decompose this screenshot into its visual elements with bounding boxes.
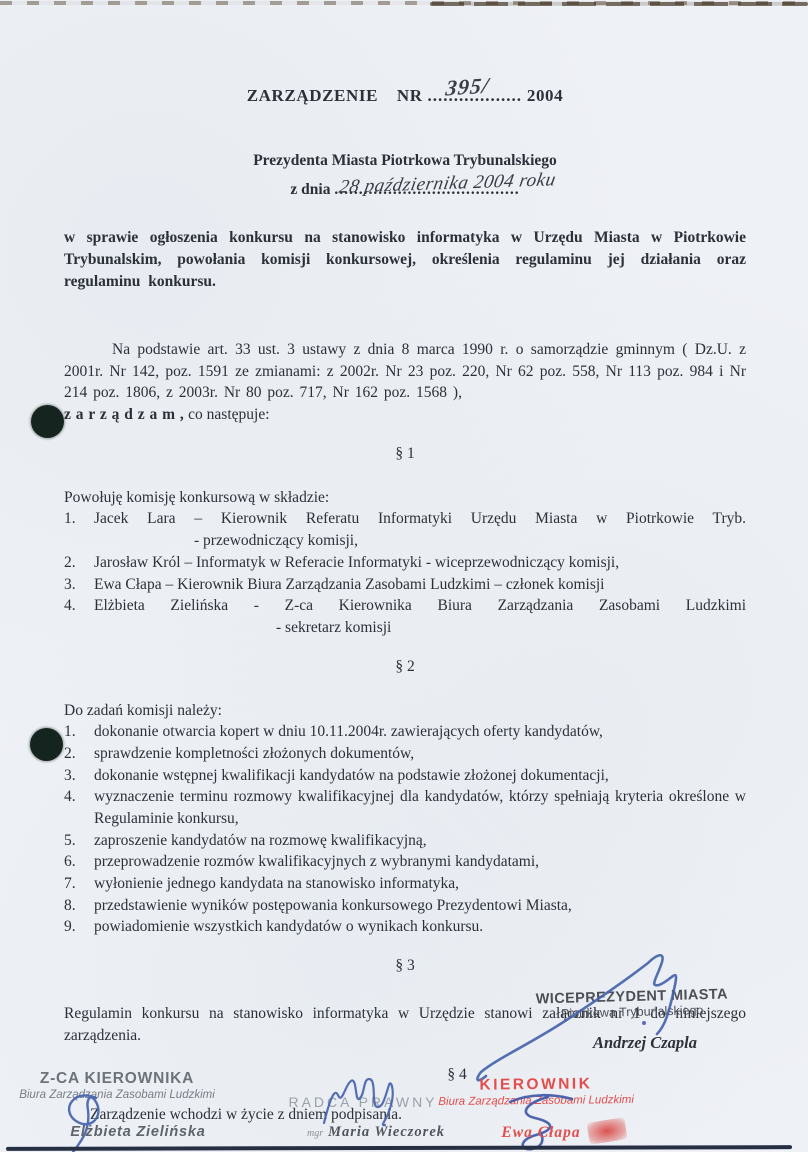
date-line: z dnia .................................… [64,181,746,199]
document-subtitle: Prezydenta Miasta Piotrkowa Trybunalskie… [64,152,746,170]
list-item: 2.sprawdzenie kompletności złożonych dok… [64,743,746,765]
handwritten-date: 28 października 2004 roku [338,169,558,198]
list-item: 3.dokonanie wstępnej kwalifikacji kandyd… [64,765,746,787]
hole-punch-mark [30,728,63,761]
list-item-continuation: - przewodniczący komisji, [194,530,746,552]
list-item: 7.wyłonienie jednego kandydata na stanow… [64,873,746,895]
list-item: 5.zaproszenie kandydatów na rozmowę kwal… [64,830,746,852]
date-label: z dnia [290,181,330,198]
radca-prawny-name-prefix: mgr [307,1128,323,1139]
legal-basis-text: Na podstawie art. 33 ust. 3 ustawy z dni… [64,341,746,401]
decree-line: z a r z ą d z a m , co następuje: [64,404,746,426]
list-item: 2. Jarosław Król – Informatyk w Referaci… [64,552,746,574]
signature-maria-wieczorek [318,1075,408,1127]
hole-punch-mark [31,405,64,438]
decree-word: z a r z ą d z a m , [64,406,184,423]
title-word: ZARZĄDZENIE [247,86,378,105]
section-2-heading: § 2 [64,658,746,676]
list-item: 6.przeprowadzenie rozmów kwalifikacyjnyc… [64,851,746,873]
list-item: 8.przedstawienie wyników postępowania ko… [64,895,746,917]
zca-kierownika-name: Elżbieta Zielińska [48,1124,228,1140]
section-2-intro: Do zadań komisji należy: [64,700,746,722]
list-item: 3. Ewa Cłapa – Kierownik Biura Zarządzan… [64,574,746,596]
list-item: 4. Elżbieta Zielińska - Z-ca Kierownika … [64,595,746,617]
signature-ewa-clapa [502,1088,582,1152]
list-item: 1. Jacek Lara – Kierownik Referatu Infor… [64,508,746,530]
radca-prawny-name: mgrMaria Wieczorek [296,1124,456,1141]
kierownik-name: Ewa Cłapa [486,1124,596,1142]
section-1-intro: Powołuję komisję konkursową w składzie: [64,487,746,509]
legal-basis-paragraph: Na podstawie art. 33 ust. 3 ustawy z dni… [64,339,746,404]
document-title: ZARZĄDZENIE NR .................. 395/ 2… [64,86,746,106]
date-field: ...................................... 2… [334,181,519,199]
commission-tasks-list: 1.dokonanie otwarcia kopert w dniu 10.11… [64,721,746,938]
list-item: 1.dokonanie otwarcia kopert w dniu 10.11… [64,721,746,743]
commission-members-list: 1. Jacek Lara – Kierownik Referatu Infor… [64,508,746,638]
scanned-document-page: ZARZĄDZENIE NR .................. 395/ 2… [0,0,808,1152]
subject-paragraph: w sprawie ogłoszenia konkursu na stanowi… [64,227,746,293]
list-item: 9.powiadomienie wszystkich kandydatów o … [64,916,746,938]
red-ink-smudge [587,1117,628,1145]
section-1-heading: § 1 [64,445,746,463]
title-year: 2004 [527,86,563,105]
title-number-field: .................. 395/ [428,86,523,106]
decree-suffix: co następuje: [188,406,269,423]
title-nr-label: NR [397,86,423,105]
list-item: 4.wyznaczenie terminu rozmowy kwalifikac… [64,786,746,829]
list-item-continuation: - sekretarz komisji [276,617,746,639]
handwritten-ordinance-number: 395/ [444,73,490,102]
scan-edge-artifact-bottom [6,1145,792,1151]
signature-andrzej-czapla [468,950,703,1085]
signature-elzbieta-zielinska [46,1090,136,1152]
